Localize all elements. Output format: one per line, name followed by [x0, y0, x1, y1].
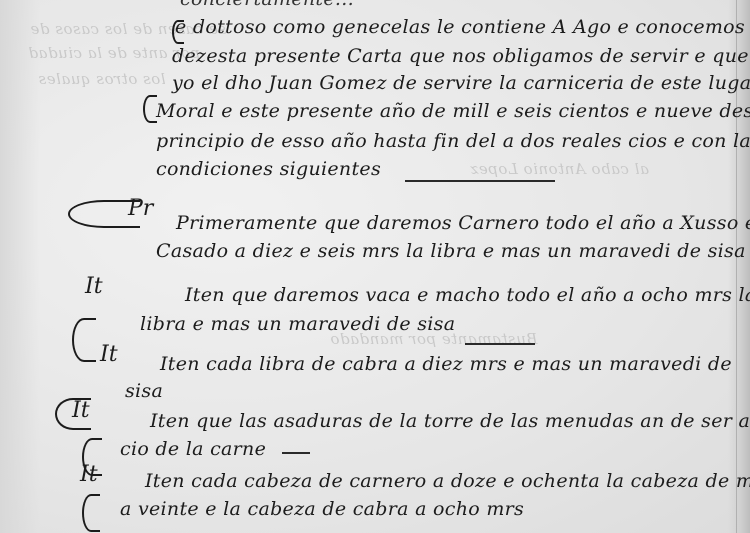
manuscript-line: Moral e este presente año de mill e seis…: [156, 100, 750, 122]
bracket-flourish-icon: [143, 95, 157, 123]
manuscript-line: Iten que daremos vaca e macho todo el añ…: [185, 284, 750, 306]
manuscript-line: libra e mas un maravedi de sisa: [140, 313, 455, 335]
manuscript-line: yo el dho Juan Gomez de servire la carni…: [172, 72, 750, 94]
bracket-flourish-icon: [72, 318, 96, 362]
manuscript-line-cut: conciertamente...: [180, 0, 354, 10]
margin-mark: It: [80, 462, 98, 487]
manuscript-line: Casado a diez e seis mrs la libra e mas …: [156, 240, 746, 262]
manuscript-line: dezesta presente Carta que nos obligamos…: [172, 45, 749, 67]
manuscript-line: Iten cada libra de cabra a diez mrs e ma…: [160, 353, 732, 375]
underline-stroke: [465, 343, 535, 345]
manuscript-line: principio de esso año hasta fin del a do…: [156, 130, 750, 152]
page-shadow-left: [0, 0, 40, 533]
margin-mark: It: [85, 274, 103, 299]
bleed-through-text: los otros quales: [38, 70, 166, 88]
manuscript-line: Primeramente que daremos Carnero todo el…: [176, 212, 750, 234]
underline-stroke: [405, 180, 555, 182]
manuscript-line: e dottoso como genecelas le contiene A A…: [175, 16, 745, 38]
manuscript-line: a veinte e la cabeza de cabra a ocho mrs: [120, 498, 524, 520]
bracket-flourish-icon: [82, 494, 100, 532]
margin-mark: Pr: [128, 196, 153, 221]
manuscript-line: sisa: [125, 380, 163, 402]
manuscript-line: condiciones siguientes: [156, 158, 381, 180]
underline-stroke: [282, 452, 310, 454]
manuscript-page: se casen de los casos de por ante de la …: [0, 0, 750, 533]
bracket-flourish-icon: [172, 20, 184, 44]
margin-mark: It: [72, 398, 90, 423]
bleed-through-text: al cabo Antonio Lopez: [470, 160, 649, 178]
margin-mark: It: [100, 342, 118, 367]
manuscript-line: Iten que las asaduras de la torre de las…: [150, 410, 750, 432]
manuscript-line: Iten cada cabeza de carnero a doze e och…: [145, 470, 750, 492]
manuscript-line: cio de la carne: [120, 438, 266, 460]
